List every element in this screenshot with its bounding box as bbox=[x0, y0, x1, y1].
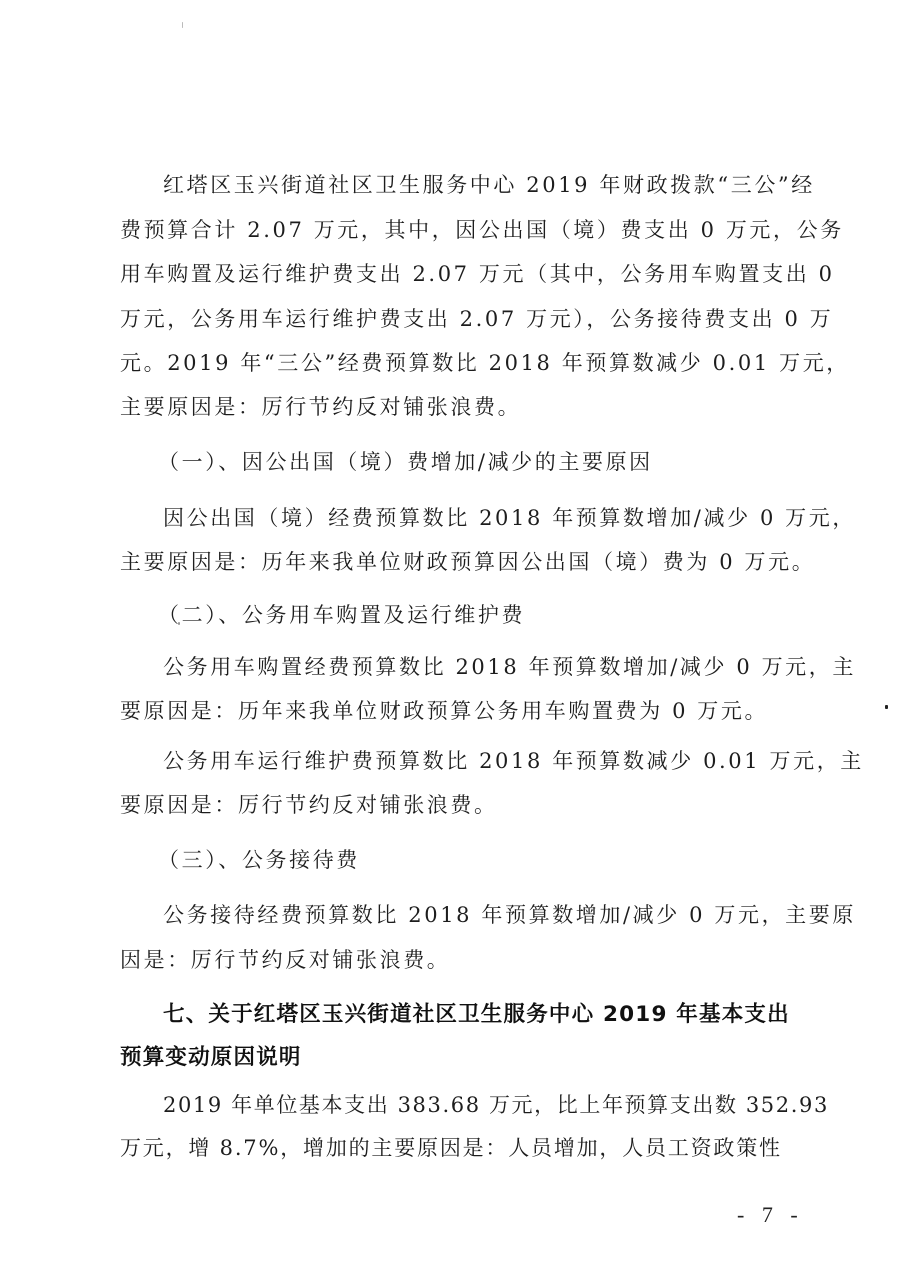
page-number: - 7 - bbox=[737, 1202, 804, 1228]
paragraph-line: 万元，公务用车运行维护费支出 2.07 万元），公务接待费支出 0 万 bbox=[120, 304, 800, 334]
subheading-reception: （三）、公务接待费 bbox=[158, 845, 838, 875]
paragraph-line: 要原因是：厉行节约反对铺张浪费。 bbox=[120, 790, 800, 820]
paragraph-line: 用车购置及运行维护费支出 2.07 万元（其中，公务用车购置支出 0 bbox=[120, 259, 800, 289]
paragraph-line: 万元，增 8.7%，增加的主要原因是：人员增加，人员工资政策性 bbox=[120, 1133, 800, 1163]
paragraph-line: 因公出国（境）经费预算数比 2018 年预算数增加/减少 0 万元， bbox=[163, 503, 843, 533]
paragraph-line: 公务用车购置经费预算数比 2018 年预算数增加/减少 0 万元，主 bbox=[163, 652, 843, 682]
scan-speck bbox=[885, 705, 888, 709]
paragraph-line: 费预算合计 2.07 万元，其中，因公出国（境）费支出 0 万元，公务 bbox=[120, 215, 800, 245]
scan-speck bbox=[178, 622, 180, 625]
paragraph-line: 因是：厉行节约反对铺张浪费。 bbox=[120, 945, 800, 975]
paragraph-line: 元。2019 年“三公”经费预算数比 2018 年预算数减少 0.01 万元， bbox=[120, 348, 800, 378]
section-heading: 预算变动原因说明 bbox=[120, 1043, 800, 1073]
paragraph-line: 要原因是：历年来我单位财政预算公务用车购置费为 0 万元。 bbox=[120, 696, 800, 726]
scan-speck bbox=[182, 22, 183, 28]
section-heading: 七、关于红塔区玉兴街道社区卫生服务中心 2019 年基本支出 bbox=[163, 1000, 843, 1030]
subheading-vehicle: （二）、公务用车购置及运行维护费 bbox=[158, 600, 838, 630]
paragraph-line: 主要原因是：厉行节约反对铺张浪费。 bbox=[120, 392, 800, 422]
paragraph-line: 2019 年单位基本支出 383.68 万元，比上年预算支出数 352.93 bbox=[163, 1090, 843, 1120]
paragraph-line: 主要原因是：历年来我单位财政预算因公出国（境）费为 0 万元。 bbox=[120, 547, 800, 577]
document-page: 红塔区玉兴街道社区卫生服务中心 2019 年财政拨款“三公”经 费预算合计 2.… bbox=[0, 0, 910, 1287]
paragraph-line: 公务接待经费预算数比 2018 年预算数增加/减少 0 万元，主要原 bbox=[163, 900, 843, 930]
subheading-overseas: （一）、因公出国（境）费增加/减少的主要原因 bbox=[158, 447, 838, 477]
paragraph-line: 公务用车运行维护费预算数比 2018 年预算数减少 0.01 万元，主 bbox=[163, 746, 843, 776]
paragraph-line: 红塔区玉兴街道社区卫生服务中心 2019 年财政拨款“三公”经 bbox=[163, 170, 843, 200]
